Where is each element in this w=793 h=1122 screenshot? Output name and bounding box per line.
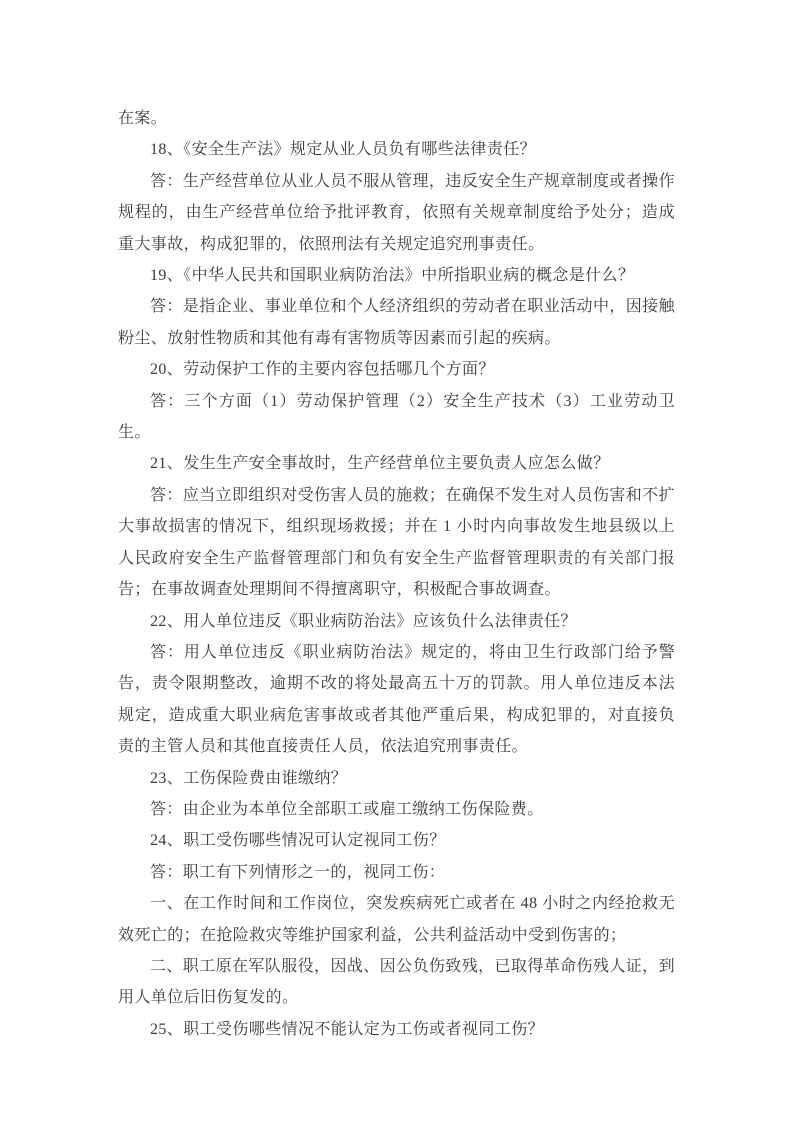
answer-24-item-1: 一、在工作时间和工作岗位，突发疾病死亡或者在 48 小时之内经抢救无效死亡的；在… bbox=[118, 888, 675, 951]
document-page: 在案。 18、《安全生产法》规定从业人员负有哪些法律责任？ 答：生产经营单位从业… bbox=[0, 0, 793, 1122]
question-19: 19、《中华人民共和国职业病防治法》中所指职业病的概念是什么？ bbox=[118, 260, 675, 291]
answer-20: 答：三个方面（1）劳动保护管理（2）安全生产技术（3）工业劳动卫生。 bbox=[118, 386, 675, 449]
question-25: 25、职工受伤哪些情况不能认定为工伤或者视同工伤？ bbox=[118, 1014, 675, 1045]
continuation-text: 在案。 bbox=[118, 103, 675, 134]
answer-18: 答：生产经营单位从业人员不服从管理，违反安全生产规章制度或者操作规程的，由生产经… bbox=[118, 166, 675, 260]
answer-22: 答：用人单位违反《职业病防治法》规定的，将由卫生行政部门给予警告，责令限期整改，… bbox=[118, 637, 675, 763]
document-text-block: 在案。 18、《安全生产法》规定从业人员负有哪些法律责任？ 答：生产经营单位从业… bbox=[118, 103, 675, 1045]
answer-19: 答：是指企业、事业单位和个人经济组织的劳动者在职业活动中，因接触粉尘、放射性物质… bbox=[118, 291, 675, 354]
question-24: 24、职工受伤哪些情况可认定视同工伤？ bbox=[118, 825, 675, 856]
question-18: 18、《安全生产法》规定从业人员负有哪些法律责任？ bbox=[118, 134, 675, 165]
answer-24-intro: 答：职工有下列情形之一的，视同工伤： bbox=[118, 857, 675, 888]
question-20: 20、劳动保护工作的主要内容包括哪几个方面？ bbox=[118, 354, 675, 385]
question-21: 21、发生生产安全事故时，生产经营单位主要负责人应怎么做？ bbox=[118, 448, 675, 479]
question-22: 22、用人单位违反《职业病防治法》应该负什么法律责任？ bbox=[118, 606, 675, 637]
answer-24-item-2: 二、职工原在军队服役，因战、因公负伤致残，已取得革命伤残人证，到用人单位后旧伤复… bbox=[118, 951, 675, 1014]
question-23: 23、工伤保险费由谁缴纳？ bbox=[118, 763, 675, 794]
answer-21: 答：应当立即组织对受伤害人员的施救；在确保不发生对人员伤害和不扩大事故损害的情况… bbox=[118, 480, 675, 606]
answer-23: 答：由企业为本单位全部职工或雇工缴纳工伤保险费。 bbox=[118, 794, 675, 825]
